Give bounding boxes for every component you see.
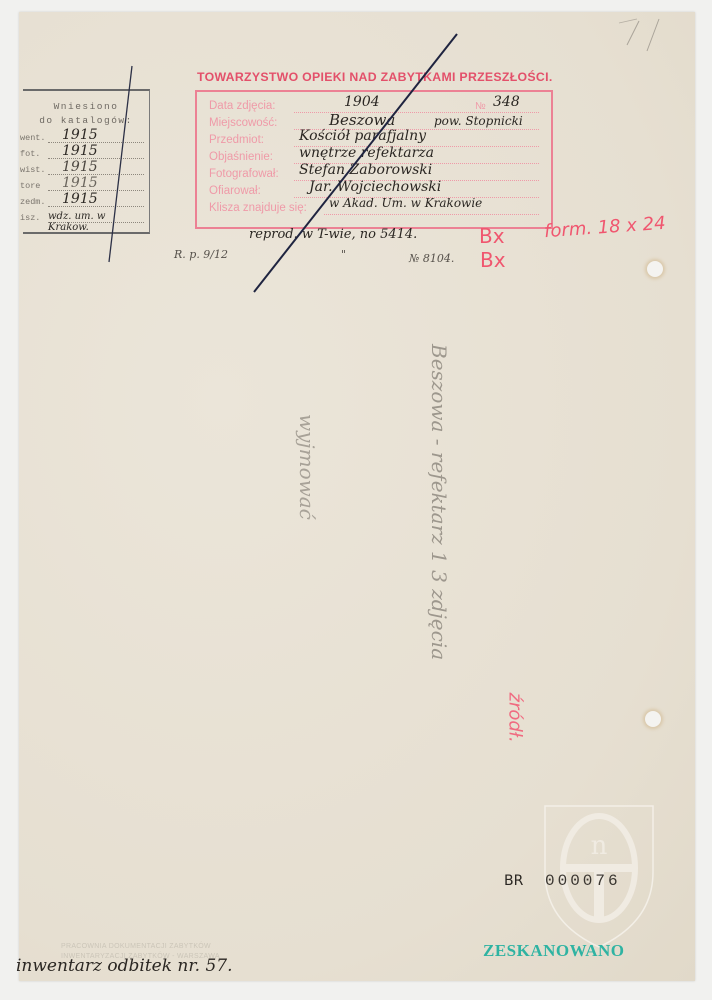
pencil-vertical-caption: Beszowa - refektarz 1 3 zdjęcia bbox=[427, 344, 451, 764]
svg-text:n: n bbox=[591, 831, 608, 861]
pencil-vertical-note: wyjmować bbox=[295, 414, 319, 554]
red-vertical-note: źródł. bbox=[505, 693, 526, 783]
bottom-inventory-note: inwentarz odbitek nr. 57. bbox=[16, 956, 232, 976]
punch-hole-bottom bbox=[645, 711, 661, 727]
diagonal-strike-lines bbox=[19, 12, 695, 312]
document-card: Wniesiono do katalogów: went.1915 fot.19… bbox=[19, 12, 695, 981]
br-number: 000076 bbox=[545, 872, 621, 890]
scanned-stamp: ZESKANOWANO bbox=[483, 941, 625, 961]
br-prefix: BR bbox=[504, 873, 523, 889]
